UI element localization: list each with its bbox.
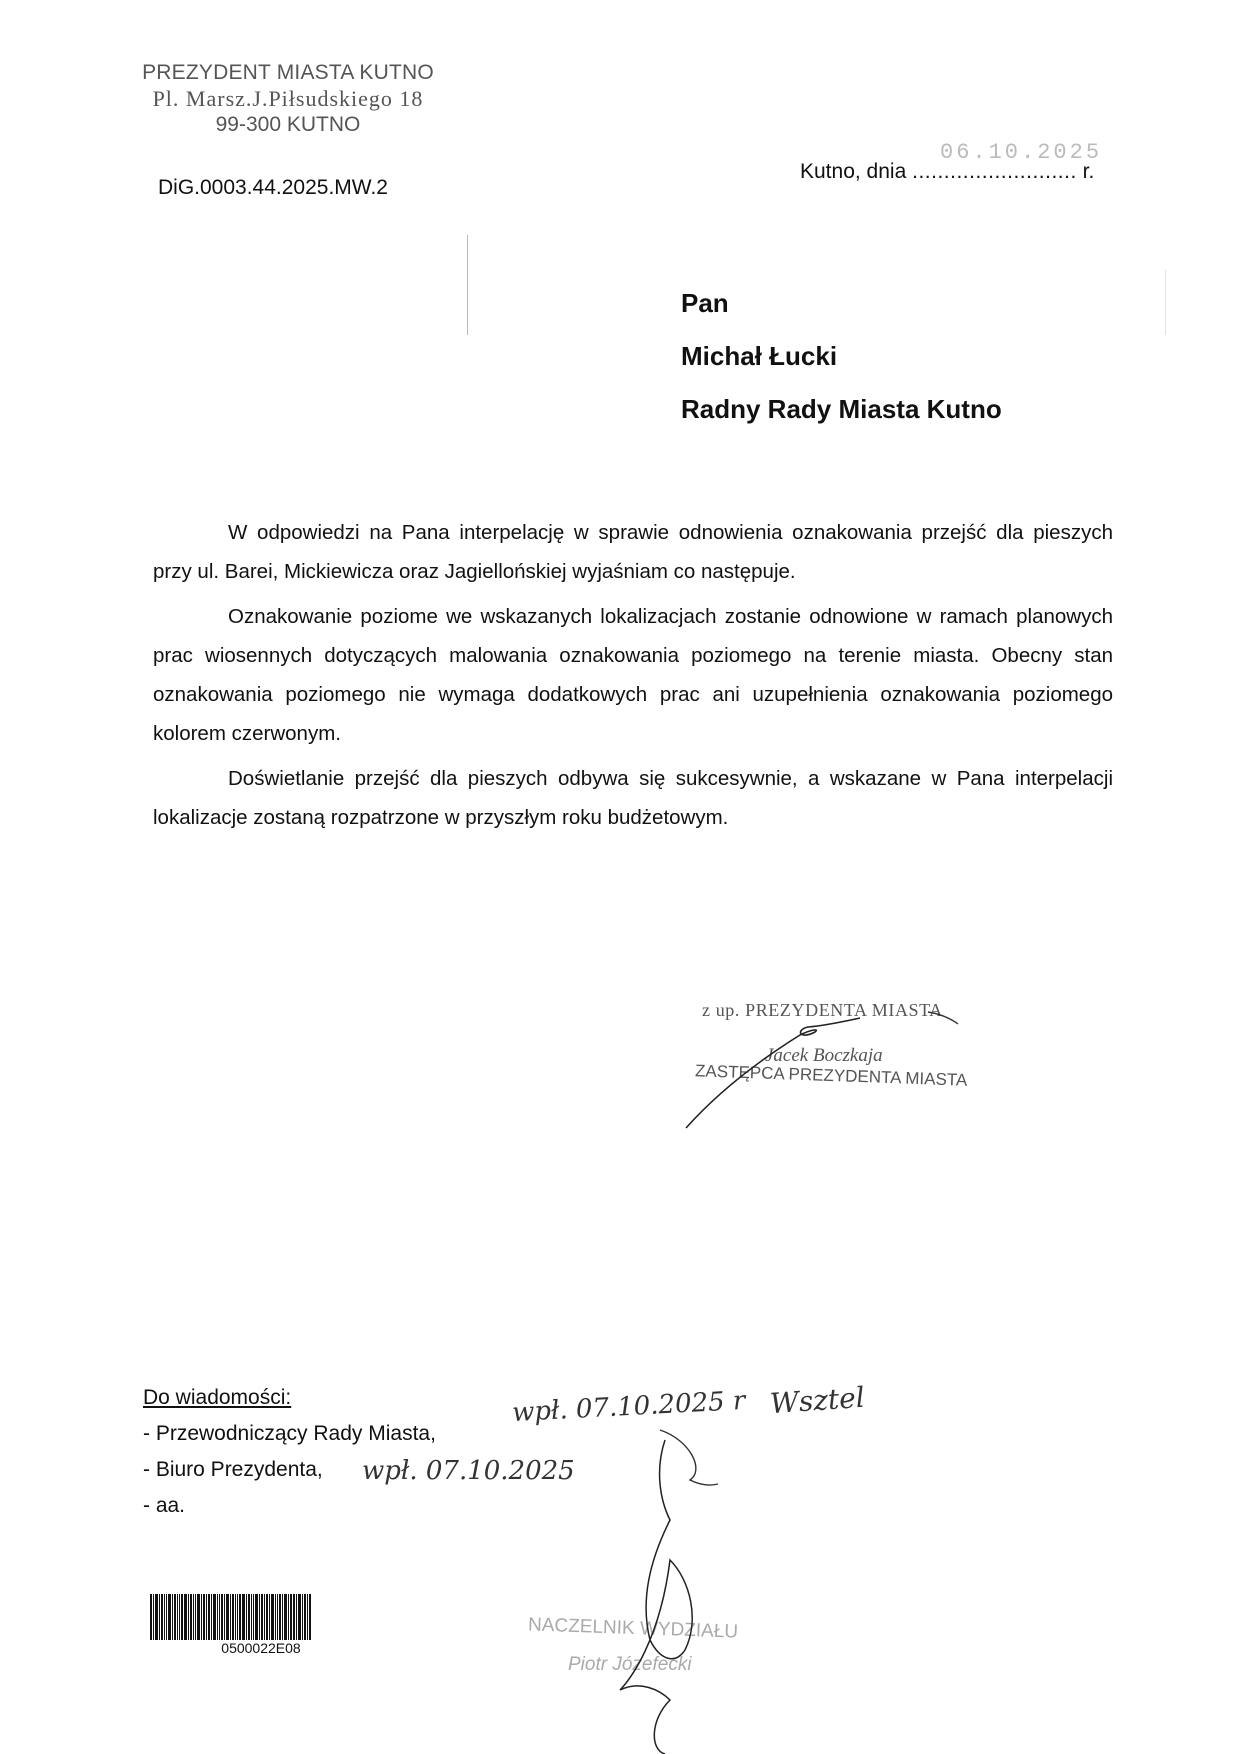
- date-dots: ..........................: [912, 160, 1077, 183]
- date-prefix: Kutno, dnia: [800, 160, 906, 183]
- fold-mark-divider: [467, 235, 468, 335]
- cc-title: Do wiadomości:: [143, 1380, 436, 1416]
- body-paragraph: W odpowiedzi na Pana interpelację w spra…: [153, 513, 1113, 591]
- department-head-name: Piotr Józefecki: [568, 1654, 738, 1676]
- cc-item: - aa.: [143, 1488, 436, 1524]
- cc-item: - Przewodniczący Rady Miasta,: [143, 1416, 436, 1452]
- signature-authority: z up. PREZYDENTA MIASTA: [702, 1000, 943, 1021]
- body-paragraph: Doświetlanie przejść dla pieszych odbywa…: [153, 759, 1113, 837]
- letter-body: W odpowiedzi na Pana interpelację w spra…: [153, 513, 1113, 843]
- handwritten-initials-1: Wsztel: [769, 1381, 866, 1421]
- barcode: [150, 1594, 372, 1640]
- barcode-number: 0500022E08: [150, 1640, 372, 1656]
- department-title: NACZELNIK WYDZIAŁU: [528, 1614, 739, 1643]
- date-line: Kutno, dnia .......................... r…: [800, 160, 1094, 184]
- handwritten-receipt-note-2: wpł. 07.10.2025: [362, 1456, 575, 1486]
- sender-title: PREZYDENT MIASTA KUTNO: [138, 60, 438, 86]
- sender-address: Pl. Marsz.J.Piłsudskiego 18: [138, 86, 438, 112]
- scan-edge-divider: [1165, 270, 1166, 335]
- signatory-position: ZASTĘPCA PREZYDENTA MIASTA: [695, 1061, 968, 1090]
- body-paragraph: Oznakowanie poziome we wskazanych lokali…: [153, 597, 1113, 753]
- sender-postcode: 99-300 KUTNO: [138, 112, 438, 138]
- recipient-title: Radny Rady Miasta Kutno: [681, 394, 1002, 425]
- date-suffix: r.: [1083, 160, 1095, 183]
- recipient-salutation: Pan: [681, 288, 729, 319]
- cc-list: Do wiadomości: - Przewodniczący Rady Mia…: [143, 1380, 436, 1524]
- department-stamp: NACZELNIK WYDZIAŁU Piotr Józefecki: [528, 1618, 738, 1676]
- sender-stamp: PREZYDENT MIASTA KUTNO Pl. Marsz.J.Piłsu…: [138, 60, 438, 138]
- reference-number: DiG.0003.44.2025.MW.2: [158, 176, 388, 200]
- handwritten-receipt-note-1: wpł. 07.10.2025 r: [511, 1386, 746, 1428]
- recipient-name: Michał Łucki: [681, 341, 837, 372]
